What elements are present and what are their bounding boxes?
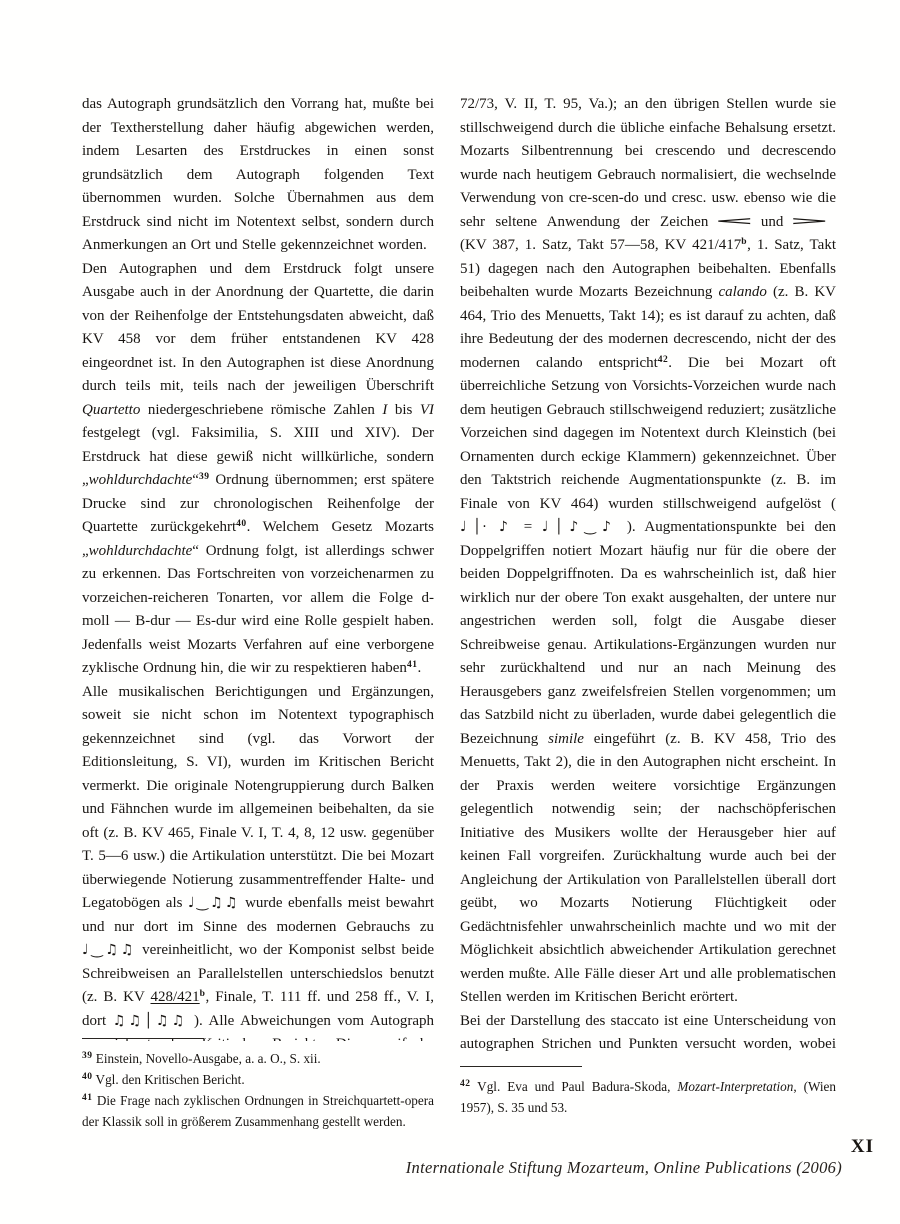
text-run: eingeführt (z. B. KV 458, Trio des Menue… bbox=[460, 731, 836, 1006]
left-column: das Autograph grundsätzlich den Vorrang … bbox=[82, 93, 434, 1041]
text-run: Vgl. Eva und Paul Badura-Skoda, bbox=[471, 1079, 678, 1094]
superscript-ref: 41 bbox=[82, 1093, 93, 1103]
text-run: Den Autographen und dem Erstdruck folgt … bbox=[82, 261, 434, 395]
text-run: “ Ordnung folgt, ist allerdings schwer z… bbox=[82, 543, 434, 677]
text-run: Bei der Darstellung des staccato ist ein… bbox=[460, 1013, 836, 1062]
music-notation-glyphs: ♩│· ♪ bbox=[460, 519, 514, 535]
footnote-rule bbox=[460, 1066, 582, 1067]
italic-text-run: simile bbox=[548, 731, 584, 747]
text-run: das Autograph grundsätzlich den Vorrang … bbox=[82, 96, 434, 253]
left-footnotes: 39 Einstein, Novello-Ausgabe, a. a. O., … bbox=[82, 1038, 434, 1132]
superscript-ref: b bbox=[741, 237, 747, 247]
italic-text-run: VI bbox=[420, 402, 434, 418]
footnote: 40 Vgl. den Kritischen Bericht. bbox=[82, 1069, 434, 1090]
text-run: “ bbox=[192, 472, 199, 488]
text-run: . Die bei Mozart oft überreichliche Setz… bbox=[460, 355, 836, 512]
text-run: Vgl. den Kritischen Bericht. bbox=[93, 1072, 245, 1087]
credit-line: Internationale Stiftung Mozarteum, Onlin… bbox=[406, 1158, 842, 1178]
footnote-rule bbox=[82, 1038, 204, 1039]
paragraph: Alle musikalischen Berichtigungen und Er… bbox=[82, 681, 434, 1042]
superscript-ref: 40 bbox=[236, 519, 247, 529]
text-run: und bbox=[761, 214, 784, 230]
music-notation-glyphs: ♫♫│♫♫ bbox=[113, 1013, 188, 1029]
text-run: = bbox=[514, 519, 542, 535]
superscript-ref: 40 bbox=[82, 1072, 93, 1082]
text-run: bis bbox=[387, 402, 419, 418]
music-notation-glyphs: ♩‿♫♫ bbox=[188, 895, 240, 911]
footnote: 39 Einstein, Novello-Ausgabe, a. a. O., … bbox=[82, 1048, 434, 1069]
crescendo-hairpin-icon: < bbox=[713, 216, 756, 227]
italic-text-run: wohldurchdachte bbox=[89, 543, 193, 559]
text-run: Einstein, Novello-Ausgabe, a. a. O., S. … bbox=[93, 1051, 321, 1066]
superscript-ref: 39 bbox=[199, 472, 210, 482]
paragraph: das Autograph grundsätzlich den Vorrang … bbox=[82, 93, 434, 258]
italic-text-run: calando bbox=[719, 284, 767, 300]
footnote: 42 Vgl. Eva und Paul Badura-Skoda, Mozar… bbox=[460, 1076, 836, 1118]
superscript-ref: 42 bbox=[460, 1079, 471, 1089]
page-number: XI bbox=[851, 1136, 874, 1158]
text-run: niedergeschriebene römische Zahlen bbox=[140, 402, 382, 418]
text-run: 72/73, V. II, T. 95, Va.); an den übrige… bbox=[460, 96, 836, 230]
document-page: das Autograph grundsätzlich den Vorrang … bbox=[0, 0, 900, 1224]
music-notation-glyphs: ♩‿♫♫ bbox=[82, 942, 136, 958]
paragraph: Den Autographen und dem Erstdruck folgt … bbox=[82, 258, 434, 681]
superscript-ref: 42 bbox=[658, 355, 669, 365]
text-run: Die Frage nach zyklischen Ordnungen in S… bbox=[82, 1093, 434, 1129]
music-notation-glyphs: ♩│♪‿♪ bbox=[542, 519, 617, 535]
text-run: Alle musikalischen Berichtigungen und Er… bbox=[82, 684, 434, 912]
right-footnotes: 42 Vgl. Eva und Paul Badura-Skoda, Mozar… bbox=[460, 1066, 836, 1118]
paragraph: 72/73, V. II, T. 95, Va.); an den übrige… bbox=[460, 93, 836, 1010]
superscript-ref: b bbox=[200, 989, 206, 999]
footnote: 41 Die Frage nach zyklischen Ordnungen i… bbox=[82, 1090, 434, 1132]
decrescendo-hairpin-icon: > bbox=[788, 216, 831, 227]
text-run: (KV 387, 1. Satz, Takt 57—58, KV 421/417 bbox=[460, 237, 741, 253]
superscript-ref: 39 bbox=[82, 1051, 93, 1061]
italic-text-run: Mozart-Interpretation bbox=[677, 1079, 793, 1094]
right-column: 72/73, V. II, T. 95, Va.); an den übrige… bbox=[460, 93, 836, 1061]
underlined-text-run: 428/421 bbox=[151, 989, 200, 1005]
superscript-ref: 41 bbox=[407, 660, 418, 670]
text-run: ). Augmentationspunkte bei den Doppelgri… bbox=[460, 519, 836, 747]
italic-text-run: wohldurchdachte bbox=[89, 472, 193, 488]
text-run: . bbox=[417, 660, 421, 676]
paragraph: Bei der Darstellung des staccato ist ein… bbox=[460, 1010, 836, 1062]
italic-text-run: Quartetto bbox=[82, 402, 140, 418]
